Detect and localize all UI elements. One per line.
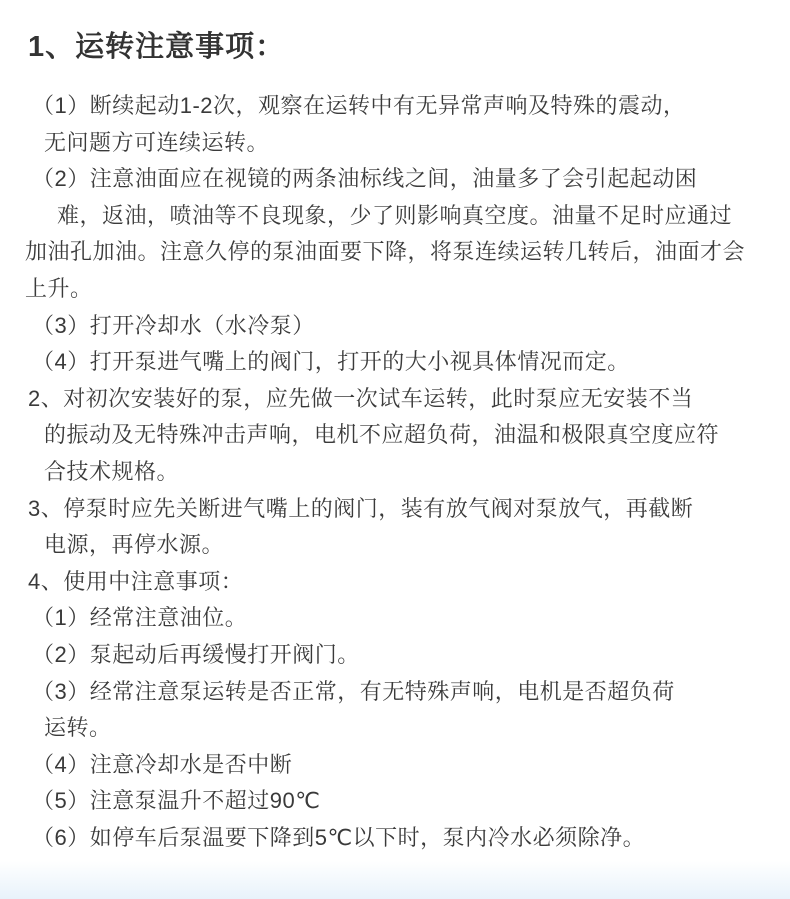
text-line: （6）如停车后泵温要下降到5℃以下时，泵内冷水必须除净。 [0,820,790,857]
document-body: （1）断续起动1-2次，观察在运转中有无异常声响及特殊的震动，无问题方可连续运转… [0,88,790,856]
text-line: 上升。 [0,271,790,308]
text-line: （4）注意冷却水是否中断 [0,747,790,784]
text-line: （2）注意油面应在视镜的两条油标线之间，油量多了会引起起动困 [0,161,790,198]
text-line: 无问题方可连续运转。 [0,125,790,162]
text-line: 电源，再停水源。 [0,527,790,564]
text-line: 难，返油，喷油等不良现象，少了则影响真空度。油量不足时应通过 [0,198,790,235]
text-line: 加油孔加油。注意久停的泵油面要下降，将泵连续运转几转后，油面才会 [0,234,790,271]
text-line: （3）经常注意泵运转是否正常，有无特殊声响，电机是否超负荷 [0,674,790,711]
document-page: 1、运转注意事项： （1）断续起动1-2次，观察在运转中有无异常声响及特殊的震动… [0,0,790,899]
text-line: （1）断续起动1-2次，观察在运转中有无异常声响及特殊的震动， [0,88,790,125]
text-line: 的振动及无特殊冲击声响，电机不应超负荷，油温和极限真空度应符 [0,417,790,454]
section-title: 1、运转注意事项： [28,24,285,65]
text-line: （4）打开泵进气嘴上的阀门，打开的大小视具体情况而定。 [0,344,790,381]
text-line: 运转。 [0,710,790,747]
text-line: 合技术规格。 [0,454,790,491]
text-line: （2）泵起动后再缓慢打开阀门。 [0,637,790,674]
text-line: 2、对初次安装好的泵，应先做一次试车运转，此时泵应无安装不当 [0,381,790,418]
bottom-gradient [0,861,790,899]
text-line: （3）打开冷却水（水冷泵） [0,308,790,345]
text-line: （1）经常注意油位。 [0,600,790,637]
text-line: 4、使用中注意事项： [0,564,790,601]
text-line: 3、停泵时应先关断进气嘴上的阀门，装有放气阀对泵放气，再截断 [0,491,790,528]
text-line: （5）注意泵温升不超过90℃ [0,783,790,820]
